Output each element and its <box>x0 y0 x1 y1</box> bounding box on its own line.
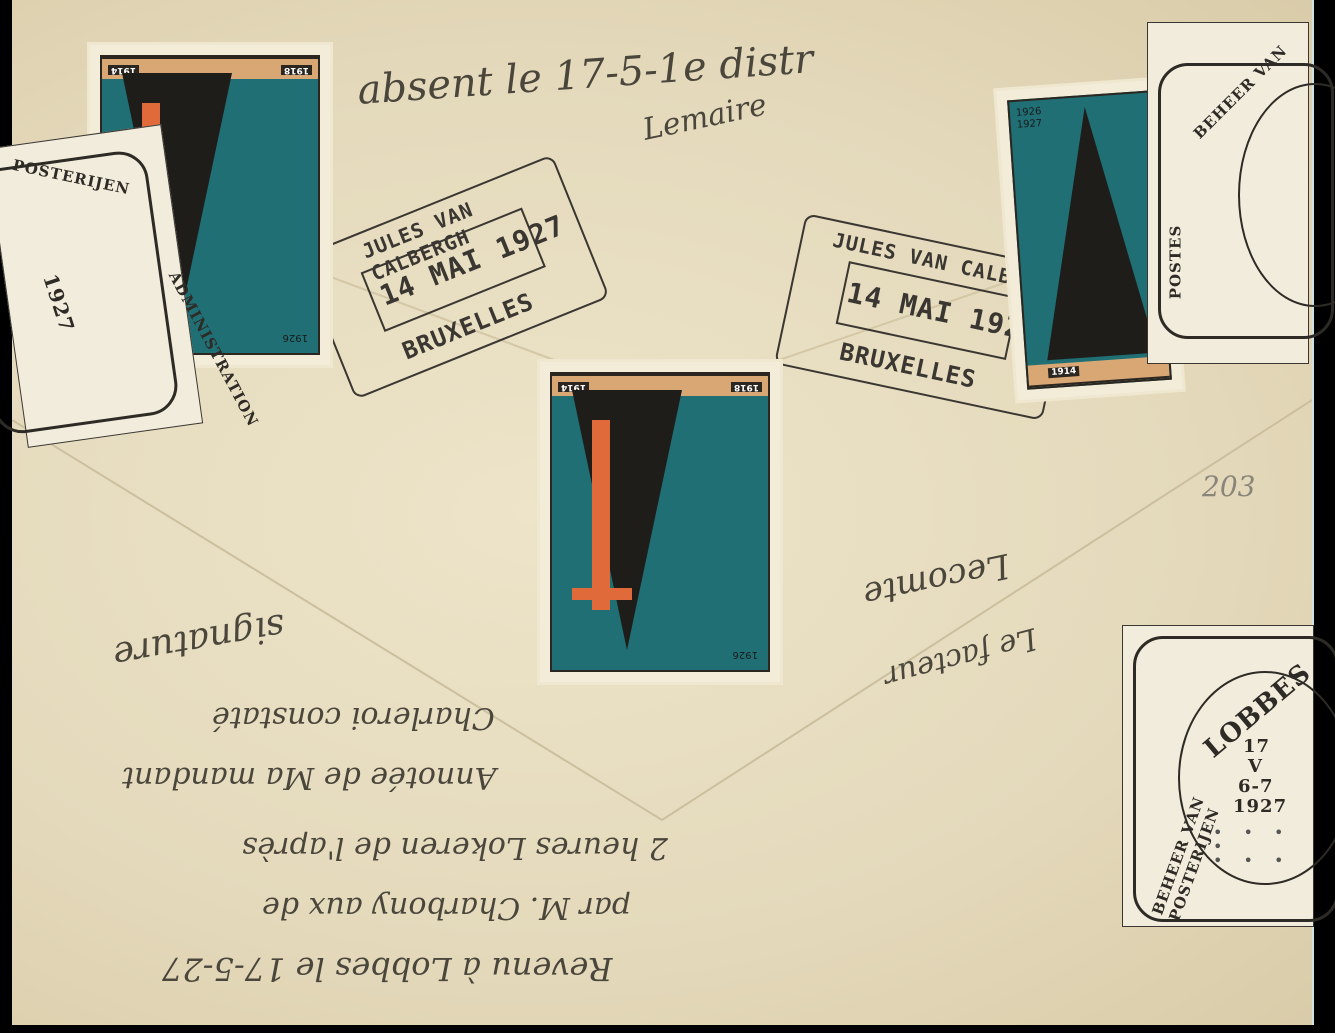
handwritten-line-3: 2 heures Lokeren de l'après <box>242 830 668 865</box>
resealing-label-top-right: BEHEER VAN POSTES <box>1147 22 1309 364</box>
handwritten-line-5: Charleroi constaté <box>212 700 495 735</box>
handwritten-line-4: Annotée de Ma mandant <box>122 760 496 795</box>
christmas-seal-center: 19181914 1926 <box>540 362 780 682</box>
resealing-label-bottom-right: BEHEER VAN POSTERIJEN LOBBES 17 V 6-7 19… <box>1122 625 1314 927</box>
handwritten-line-2: par M. Charbony aux de <box>262 890 631 925</box>
handwritten-line-1: Revenu à Lobbes le 17-5-27 <box>162 950 612 988</box>
envelope: absent le 17-5-1e distr Lemaire 203 Leco… <box>12 0 1314 1025</box>
pencil-number: 203 <box>1202 470 1255 503</box>
